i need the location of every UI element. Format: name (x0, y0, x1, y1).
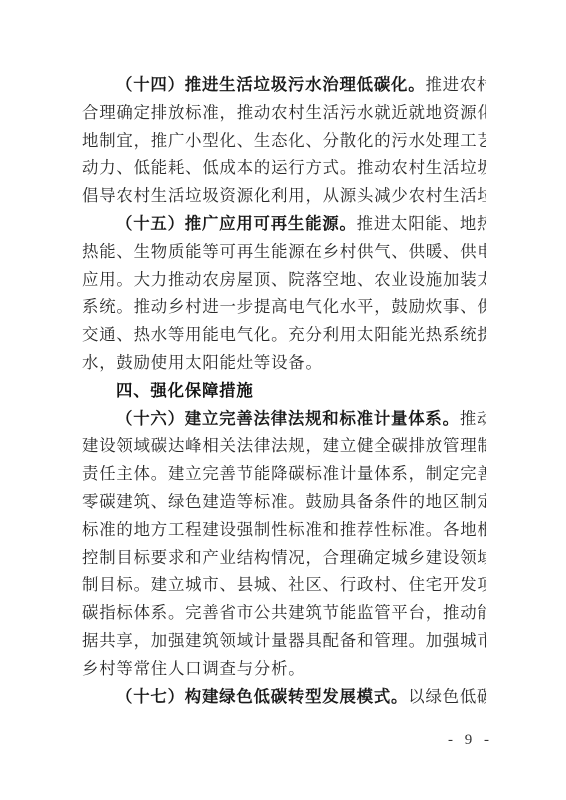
paragraph-line: 合理确定排放标准，推动农村生活污水就近就地资源化利用。因 (82, 99, 486, 127)
paragraph-line: 应用。大力推动农房屋顶、院落空地、农业设施加装太阳能光伏 (82, 266, 486, 294)
paragraph-line: 乡村等常住人口调查与分析。 (82, 655, 486, 683)
paragraph-line: 水，鼓励使用太阳能灶等设备。 (82, 349, 486, 377)
paragraph-line: 据共享，加强建筑领域计量器具配备和管理。加强城市、县城、 (82, 627, 486, 655)
paragraph-line: 责任主体。建立完善节能降碳标准计量体系，制定完善绿色建筑、 (82, 460, 486, 488)
item-15-title: （十五）推广应用可再生能源。 (116, 214, 357, 233)
paragraph-line: 碳指标体系。完善省市公共建筑节能监管平台，推动能源消费数 (82, 599, 486, 627)
paragraph-line: 控制目标要求和产业结构情况，合理确定城乡建设领域碳排放控 (82, 544, 486, 572)
paragraph-line: 地制宜，推广小型化、生态化、分散化的污水处理工艺，推行微 (82, 127, 486, 155)
paragraph-line: 标准的地方工程建设强制性标准和推荐性标准。各地根据碳排放 (82, 516, 486, 544)
paragraph-item-17-line-1: （十七）构建绿色低碳转型发展模式。以绿色低碳为目标， (82, 683, 486, 711)
paragraph-line: 交通、热水等用能电气化。充分利用太阳能光热系统提供生活热 (82, 321, 486, 349)
paragraph-line: 系统。推动乡村进一步提高电气化水平，鼓励炊事、供暖、照明、 (82, 293, 486, 321)
item-17-title: （十七）构建绿色低碳转型发展模式。 (116, 687, 408, 706)
item-16-title: （十六）建立完善法律法规和标准计量体系。 (116, 409, 460, 428)
paragraph-line: 建设领域碳达峰相关法律法规，建立健全碳排放管理制度，明确 (82, 432, 486, 460)
paragraph-item-15-line-1: （十五）推广应用可再生能源。推进太阳能、地热能、空气 (82, 210, 486, 238)
page-number: - 9 - (448, 732, 493, 749)
paragraph-line: 倡导农村生活垃圾资源化利用，从源头减少农村生活垃圾产生量。 (82, 182, 486, 210)
document-page: （十四）推进生活垃圾污水治理低碳化。推进农村污水处理， 合理确定排放标准，推动农… (82, 71, 486, 710)
paragraph-item-16-line-1: （十六）建立完善法律法规和标准计量体系。推动完善城乡 (82, 405, 486, 433)
paragraph-line: 制目标。建立城市、县城、社区、行政村、住宅开发项目绿色低 (82, 571, 486, 599)
paragraph-line: 动力、低能耗、低成本的运行方式。推动农村生活垃圾分类处理， (82, 154, 486, 182)
item-14-title: （十四）推进生活垃圾污水治理低碳化。 (116, 75, 425, 94)
chapter-heading: 四、强化保障措施 (82, 377, 486, 405)
paragraph-line: 热能、生物质能等可再生能源在乡村供气、供暖、供电等方面的 (82, 238, 486, 266)
paragraph-item-14-line-1: （十四）推进生活垃圾污水治理低碳化。推进农村污水处理， (82, 71, 486, 99)
paragraph-line: 零碳建筑、绿色建造等标准。鼓励具备条件的地区制定高于国家 (82, 488, 486, 516)
